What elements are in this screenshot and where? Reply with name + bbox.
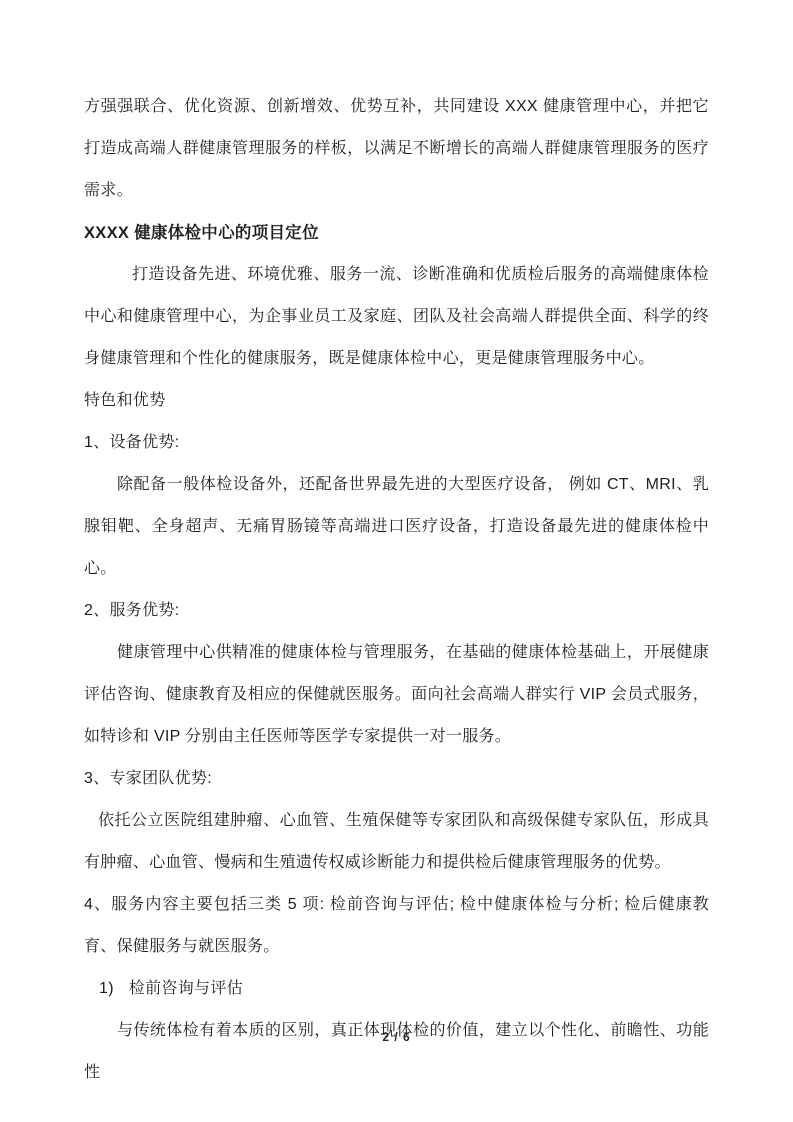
paragraph: 与传统体检有着本质的区别，真正体现体检的价值，建立以个性化、前瞻性、功能性 xyxy=(84,1010,709,1094)
paragraph: 1、设备优势: xyxy=(84,422,709,464)
paragraph: 除配备一般体检设备外，还配备世界最先进的大型医疗设备， 例如 CT、MRI、乳腺… xyxy=(84,464,709,590)
paragraph: 4、服务内容主要包括三类 5 项: 检前咨询与评估; 检中健康体检与分析; 检后… xyxy=(84,884,709,968)
paragraph: 健康管理中心供精准的健康体检与管理服务，在基础的健康体检基础上，开展健康评估咨询… xyxy=(84,632,709,758)
paragraph: 方强强联合、优化资源、创新增效、优势互补，共同建设 XXX 健康管理中心，并把它… xyxy=(84,86,709,212)
paragraph: 依托公立医院组建肿瘤、心血管、生殖保健等专家团队和高级保健专家队伍，形成具有肿瘤… xyxy=(84,800,709,884)
paragraph: 2、服务优势: xyxy=(84,590,709,632)
section-heading: XXXX 健康体检中心的项目定位 xyxy=(84,212,709,254)
list-item-text: 检前咨询与评估 xyxy=(129,980,243,997)
paragraph: 打造设备先进、环境优雅、服务一流、诊断准确和优质检后服务的高端健康体检中心和健康… xyxy=(84,254,709,380)
paragraph: 3、专家团队优势: xyxy=(84,758,709,800)
list-marker: 1) xyxy=(99,980,114,997)
paragraph: 1)检前咨询与评估 xyxy=(84,968,709,1010)
document-page: 方强强联合、优化资源、创新增效、优势互补，共同建设 XXX 健康管理中心，并把它… xyxy=(0,0,793,1122)
page-number: 2 / 6 xyxy=(0,1030,793,1044)
document-body: 方强强联合、优化资源、创新增效、优势互补，共同建设 XXX 健康管理中心，并把它… xyxy=(84,86,709,1094)
paragraph: 特色和优势 xyxy=(84,380,709,422)
